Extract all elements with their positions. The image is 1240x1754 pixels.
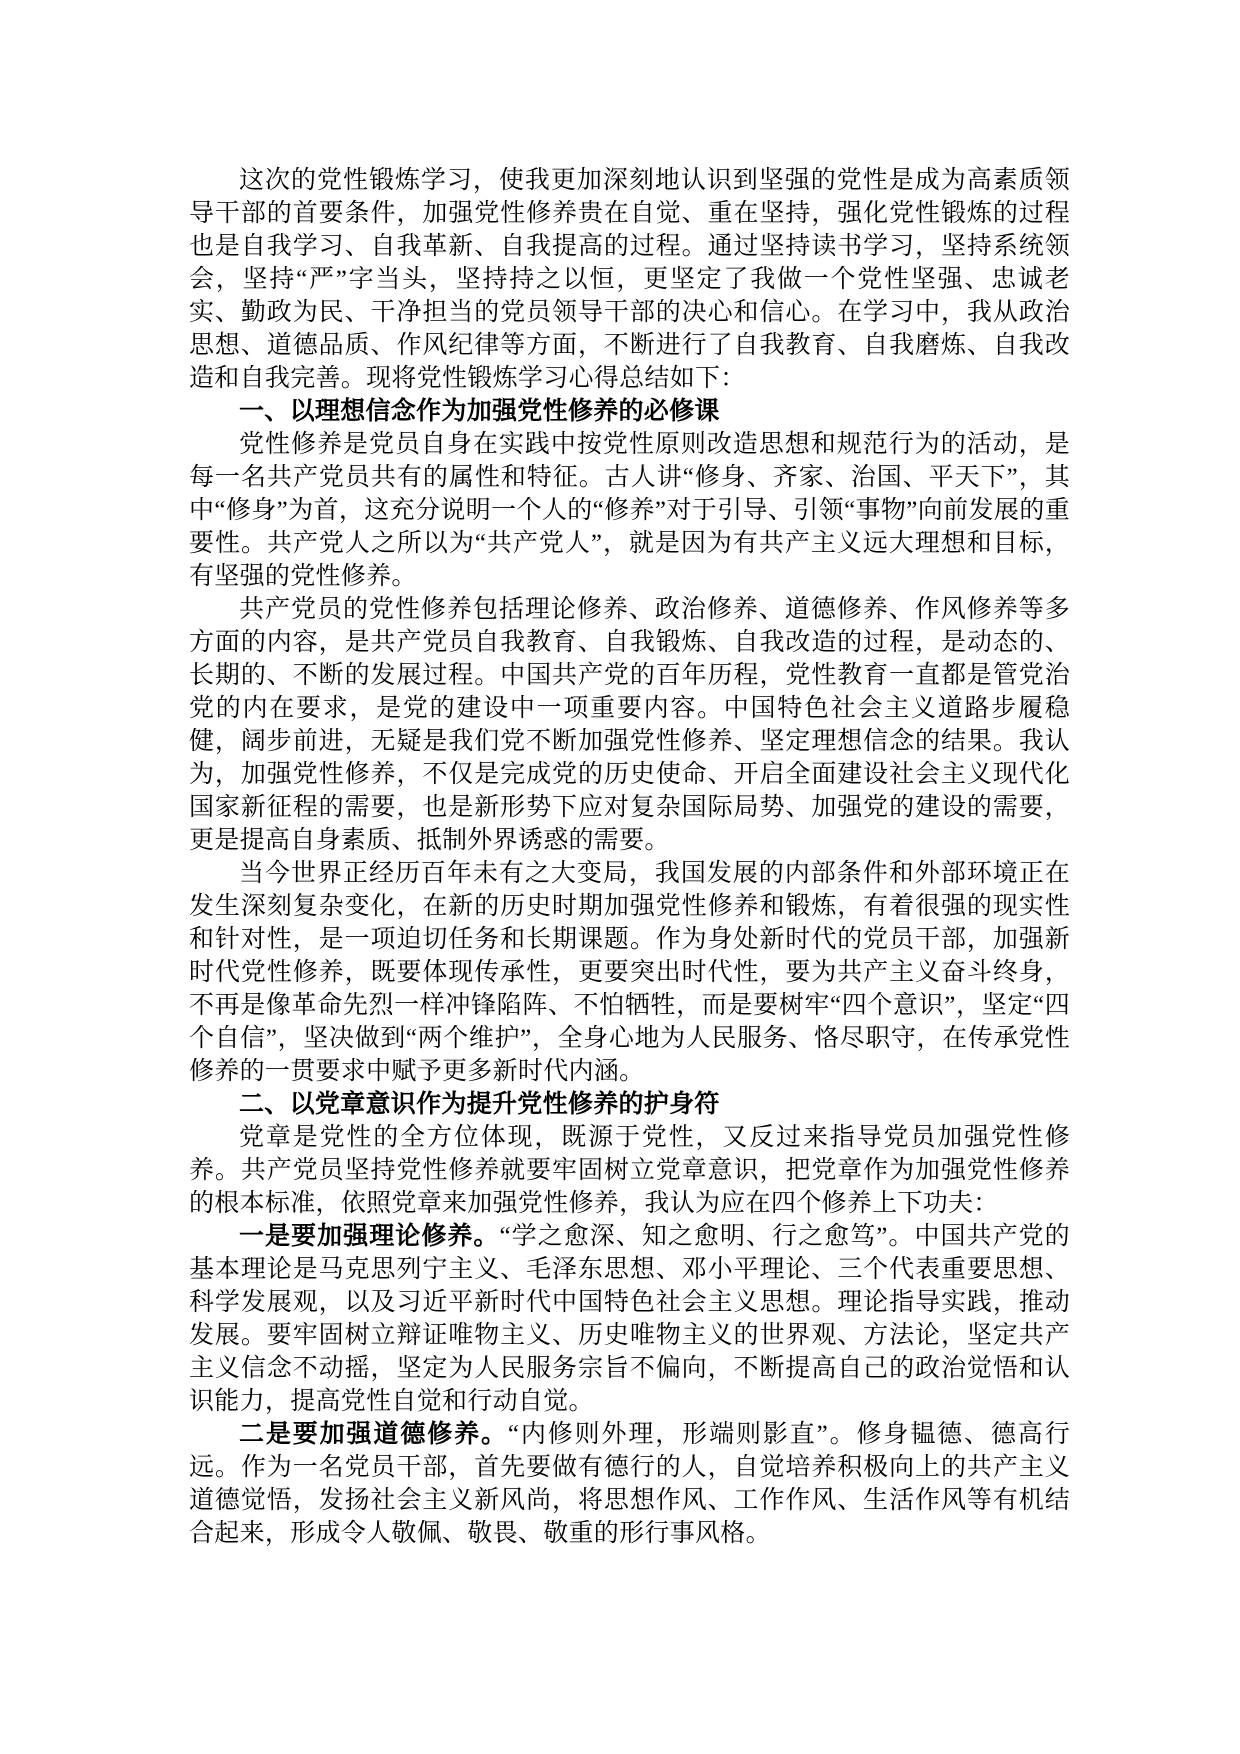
paragraph-party-spirit-definition: 党性修养是党员自身在实践中按党性原则改造思想和规范行为的活动，是每一名共产党员共…	[189, 428, 1070, 593]
paragraph-party-charter: 党章是党性的全方位体现，既源于党性，又反过来指导党员加强党性修养。共产党员坚持党…	[189, 1121, 1070, 1220]
section-heading-2: 二、以党章意识作为提升党性修养的护身符	[189, 1088, 1070, 1121]
paragraph-theory-cultivation: 一是要加强理论修养。“学之愈深、知之愈明、行之愈笃”。中国共产党的基本理论是马克…	[189, 1220, 1070, 1418]
paragraph-intro: 这次的党性锻炼学习，使我更加深刻地认识到坚强的党性是成为高素质领导干部的首要条件…	[189, 164, 1070, 395]
paragraph-text: “学之愈深、知之愈明、行之愈笃”。中国共产党的基本理论是马克思列宁主义、毛泽东思…	[189, 1223, 1070, 1415]
bold-lead-theory: 一是要加强理论修养。	[239, 1222, 499, 1250]
bold-lead-morality: 二是要加强道德修养。	[239, 1420, 508, 1448]
paragraph-new-era: 当今世界正经历百年未有之大变局，我国发展的内部条件和外部环境正在发生深刻复杂变化…	[189, 857, 1070, 1088]
section-heading-1: 一、以理想信念作为加强党性修养的必修课	[189, 395, 1070, 428]
document-page: 这次的党性锻炼学习，使我更加深刻地认识到坚强的党性是成为高素质领导干部的首要条件…	[189, 164, 1070, 1550]
paragraph-party-spirit-content: 共产党员的党性修养包括理论修养、政治修养、道德修养、作风修养等多方面的内容，是共…	[189, 593, 1070, 857]
paragraph-morality-cultivation: 二是要加强道德修养。“内修则外理，形端则影直”。修身韫德、德高行远。作为一名党员…	[189, 1418, 1070, 1550]
